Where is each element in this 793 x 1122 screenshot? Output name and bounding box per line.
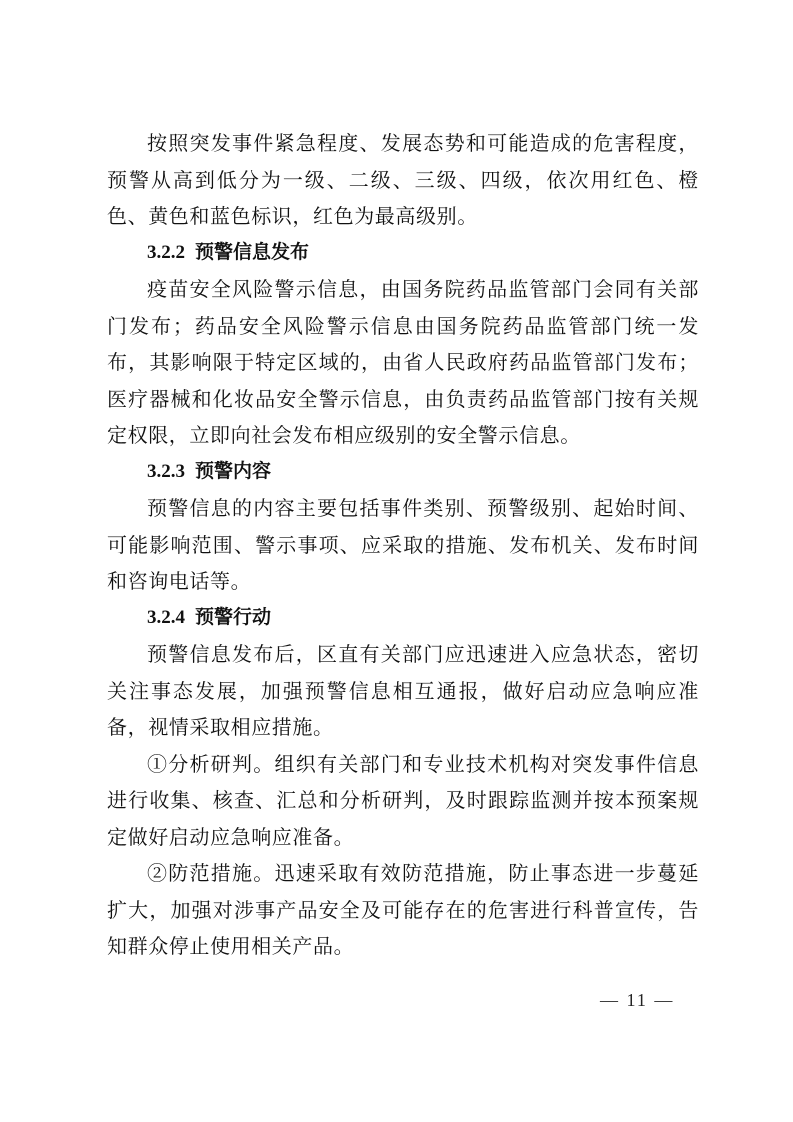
heading-title: 预警行动 <box>195 607 271 628</box>
heading-number: 3.2.3 <box>147 461 185 482</box>
heading-number: 3.2.2 <box>147 242 185 263</box>
document-page: 按照突发事件紧急程度、发展态势和可能造成的危害程度，预警从高到低分为一级、二级、… <box>107 125 699 965</box>
paragraph-warning-levels: 按照突发事件紧急程度、发展态势和可能造成的危害程度，预警从高到低分为一级、二级、… <box>107 125 699 235</box>
heading-title: 预警内容 <box>195 461 271 482</box>
page-number: — 11 — <box>600 990 674 1011</box>
paragraph-prevention: ②防范措施。迅速采取有效防范措施，防止事态进一步蔓延扩大，加强对涉事产品安全及可… <box>107 855 699 965</box>
paragraph-analysis: ①分析研判。组织有关部门和专业技术机构对突发事件信息进行收集、核查、汇总和分析研… <box>107 746 699 856</box>
heading-3-2-4: 3.2.4预警行动 <box>107 600 699 637</box>
paragraph-warning-content: 预警信息的内容主要包括事件类别、预警级别、起始时间、可能影响范围、警示事项、应采… <box>107 490 699 600</box>
heading-number: 3.2.4 <box>147 607 185 628</box>
heading-3-2-2: 3.2.2预警信息发布 <box>107 235 699 272</box>
heading-title: 预警信息发布 <box>195 242 309 263</box>
paragraph-warning-release: 疫苗安全风险警示信息，由国务院药品监管部门会同有关部门发布；药品安全风险警示信息… <box>107 271 699 454</box>
heading-3-2-3: 3.2.3预警内容 <box>107 454 699 491</box>
paragraph-warning-action: 预警信息发布后，区直有关部门应迅速进入应急状态，密切关注事态发展，加强预警信息相… <box>107 636 699 746</box>
